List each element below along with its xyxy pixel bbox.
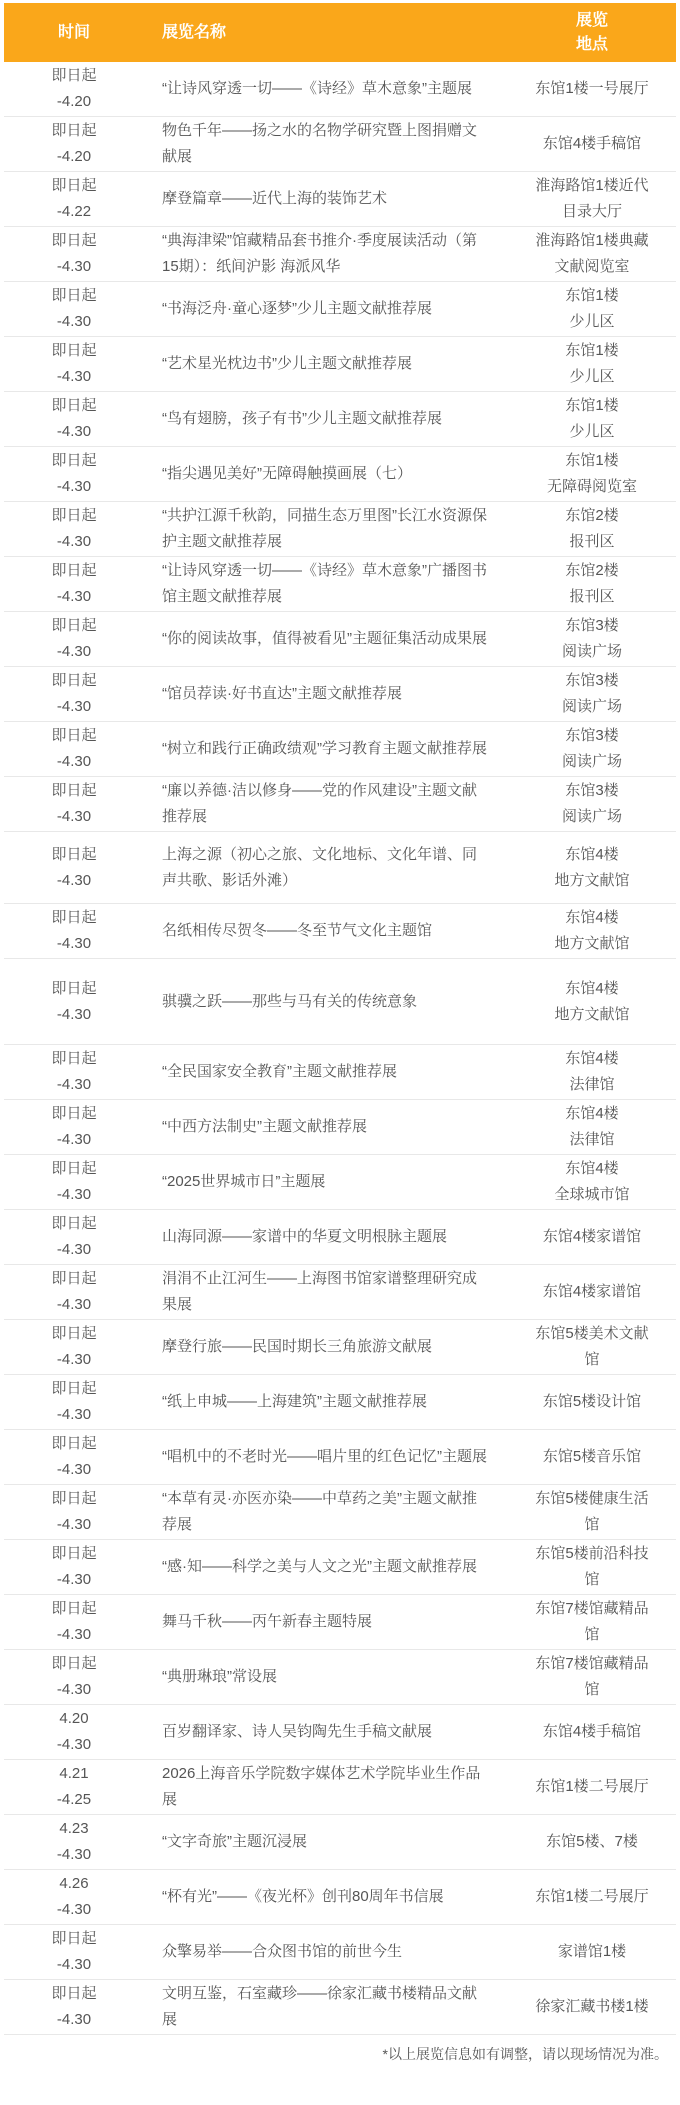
- row-exhibition-title: 涓涓不止江河生——上海图书馆家谱整理研究成果展: [144, 1266, 494, 1318]
- row-exhibition-location: 东馆1楼少儿区: [494, 283, 676, 335]
- row-exhibition-location: 东馆4楼家谱馆: [494, 1224, 676, 1250]
- row-time: 即日起-4.30: [4, 283, 144, 335]
- table-row: 即日起-4.30 “树立和践行正确政绩观”学习教育主题文献推荐展 东馆3楼阅读广…: [4, 722, 676, 777]
- row-exhibition-title: 2026上海音乐学院数字媒体艺术学院毕业生作品展: [144, 1761, 494, 1813]
- table-row: 即日起-4.30 摩登行旅——民国时期长三角旅游文献展 东馆5楼美术文献馆: [4, 1320, 676, 1375]
- row-time: 即日起-4.30: [4, 558, 144, 610]
- row-time: 即日起-4.30: [4, 1541, 144, 1593]
- table-header: 时间 展览名称 展览地点: [4, 3, 676, 62]
- table-row: 即日起-4.30 “你的阅读故事，值得被看见”主题征集活动成果展 东馆3楼阅读广…: [4, 612, 676, 667]
- row-time: 即日起-4.30: [4, 1046, 144, 1098]
- row-exhibition-title: “唱机中的不老时光——唱片里的红色记忆”主题展: [144, 1444, 494, 1470]
- table-row: 即日起-4.30 “中西方法制史”主题文献推荐展 东馆4楼法律馆: [4, 1100, 676, 1155]
- exhibition-schedule-table: 时间 展览名称 展览地点 即日起-4.20 “让诗风穿透一切——《诗经》草木意象…: [0, 0, 680, 2078]
- row-exhibition-location: 东馆5楼、7楼: [494, 1829, 676, 1855]
- table-row: 即日起-4.30 “唱机中的不老时光——唱片里的红色记忆”主题展 东馆5楼音乐馆: [4, 1430, 676, 1485]
- row-exhibition-location: 东馆7楼馆藏精品馆: [494, 1596, 676, 1648]
- row-exhibition-title: “指尖遇见美好”无障碍触摸画展（七）: [144, 461, 494, 487]
- table-row: 即日起-4.30 名纸相传尽贺冬——冬至节气文化主题馆 东馆4楼地方文献馆: [4, 904, 676, 959]
- row-time: 即日起-4.30: [4, 905, 144, 957]
- row-time: 即日起-4.30: [4, 1926, 144, 1978]
- table-row: 4.23-4.30 “文字奇旅”主题沉浸展 东馆5楼、7楼: [4, 1815, 676, 1870]
- table-row: 4.21-4.25 2026上海音乐学院数字媒体艺术学院毕业生作品展 东馆1楼二…: [4, 1760, 676, 1815]
- table-row: 即日起-4.30 众擎易举——合众图书馆的前世今生 家谱馆1楼: [4, 1925, 676, 1980]
- row-time: 即日起-4.30: [4, 503, 144, 555]
- table-row: 即日起-4.30 “让诗风穿透一切——《诗经》草木意象”广播图书馆主题文献推荐展…: [4, 557, 676, 612]
- row-exhibition-location: 东馆1楼一号展厅: [494, 76, 676, 102]
- row-time: 即日起-4.30: [4, 1981, 144, 2033]
- row-exhibition-location: 东馆4楼家谱馆: [494, 1279, 676, 1305]
- row-exhibition-title: “杯有光”——《夜光杯》创刊80周年书信展: [144, 1884, 494, 1910]
- row-exhibition-location: 徐家汇藏书楼1楼: [494, 1994, 676, 2020]
- table-row: 即日起-4.30 “感·知——科学之美与人文之光”主题文献推荐展 东馆5楼前沿科…: [4, 1540, 676, 1595]
- table-row: 即日起-4.30 涓涓不止江河生——上海图书馆家谱整理研究成果展 东馆4楼家谱馆: [4, 1265, 676, 1320]
- table-row: 即日起-4.30 “鸟有翅膀，孩子有书”少儿主题文献推荐展 东馆1楼少儿区: [4, 392, 676, 447]
- table-row: 即日起-4.30 骐骥之跃——那些与马有关的传统意象 东馆4楼地方文献馆: [4, 959, 676, 1045]
- row-exhibition-location: 东馆4楼地方文献馆: [494, 976, 676, 1028]
- row-exhibition-title: “馆员荐读·好书直达”主题文献推荐展: [144, 681, 494, 707]
- row-time: 即日起-4.30: [4, 1101, 144, 1153]
- row-time: 即日起-4.20: [4, 63, 144, 115]
- row-time: 即日起-4.30: [4, 1596, 144, 1648]
- row-time: 即日起-4.30: [4, 1376, 144, 1428]
- row-exhibition-location: 东馆1楼二号展厅: [494, 1774, 676, 1800]
- row-time: 即日起-4.30: [4, 842, 144, 894]
- row-exhibition-location: 东馆5楼美术文献馆: [494, 1321, 676, 1373]
- footnote: *以上展览信息如有调整，请以现场情况为准。: [4, 2035, 676, 2078]
- row-exhibition-title: 摩登篇章——近代上海的装饰艺术: [144, 186, 494, 212]
- row-exhibition-location: 东馆4楼地方文献馆: [494, 842, 676, 894]
- row-exhibition-location: 东馆7楼馆藏精品馆: [494, 1651, 676, 1703]
- row-time: 即日起-4.30: [4, 1651, 144, 1703]
- row-time: 即日起-4.30: [4, 393, 144, 445]
- row-exhibition-location: 东馆5楼音乐馆: [494, 1444, 676, 1470]
- row-time: 即日起-4.30: [4, 1321, 144, 1373]
- row-exhibition-title: 物色千年——扬之水的名物学研究暨上图捐赠文献展: [144, 118, 494, 170]
- row-exhibition-location: 东馆1楼少儿区: [494, 338, 676, 390]
- row-exhibition-title: 摩登行旅——民国时期长三角旅游文献展: [144, 1334, 494, 1360]
- row-exhibition-title: “全民国家安全教育”主题文献推荐展: [144, 1059, 494, 1085]
- row-exhibition-location: 东馆4楼全球城市馆: [494, 1156, 676, 1208]
- row-time: 即日起-4.30: [4, 448, 144, 500]
- table-row: 即日起-4.30 “典海津梁”馆藏精品套书推介·季度展读活动（第15期）：纸间沪…: [4, 227, 676, 282]
- row-time: 即日起-4.30: [4, 668, 144, 720]
- table-row: 4.20-4.30 百岁翻译家、诗人吴钧陶先生手稿文献展 东馆4楼手稿馆: [4, 1705, 676, 1760]
- row-exhibition-title: “文字奇旅”主题沉浸展: [144, 1829, 494, 1855]
- row-exhibition-title: “书海泛舟·童心逐梦”少儿主题文献推荐展: [144, 296, 494, 322]
- table-row: 即日起-4.30 “纸上申城——上海建筑”主题文献推荐展 东馆5楼设计馆: [4, 1375, 676, 1430]
- header-time: 时间: [4, 21, 144, 45]
- row-exhibition-location: 东馆4楼法律馆: [494, 1046, 676, 1098]
- table-row: 即日起-4.30 “艺术星光枕边书”少儿主题文献推荐展 东馆1楼少儿区: [4, 337, 676, 392]
- table-row: 即日起-4.30 舞马千秋——丙午新春主题特展 东馆7楼馆藏精品馆: [4, 1595, 676, 1650]
- row-time: 即日起-4.30: [4, 1486, 144, 1538]
- row-time: 即日起-4.20: [4, 118, 144, 170]
- row-exhibition-title: 文明互鉴，石室藏珍——徐家汇藏书楼精品文献展: [144, 1981, 494, 2033]
- table-row: 即日起-4.30 “全民国家安全教育”主题文献推荐展 东馆4楼法律馆: [4, 1045, 676, 1100]
- row-exhibition-location: 东馆1楼二号展厅: [494, 1884, 676, 1910]
- table-row: 即日起-4.20 “让诗风穿透一切——《诗经》草木意象”主题展 东馆1楼一号展厅: [4, 62, 676, 117]
- table-row: 4.26-4.30 “杯有光”——《夜光杯》创刊80周年书信展 东馆1楼二号展厅: [4, 1870, 676, 1925]
- row-exhibition-title: 上海之源（初心之旅、文化地标、文化年谱、同声共歌、影话外滩）: [144, 842, 494, 894]
- row-exhibition-title: “典海津梁”馆藏精品套书推介·季度展读活动（第15期）：纸间沪影 海派风华: [144, 228, 494, 280]
- row-exhibition-location: 东馆4楼手稿馆: [494, 131, 676, 157]
- table-row: 即日起-4.30 “2025世界城市日”主题展 东馆4楼全球城市馆: [4, 1155, 676, 1210]
- row-time: 4.26-4.30: [4, 1871, 144, 1923]
- row-time: 即日起-4.30: [4, 778, 144, 830]
- row-exhibition-title: “鸟有翅膀，孩子有书”少儿主题文献推荐展: [144, 406, 494, 432]
- table-row: 即日起-4.30 “本草有灵·亦医亦染——中草药之美”主题文献推荐展 东馆5楼健…: [4, 1485, 676, 1540]
- row-exhibition-title: “本草有灵·亦医亦染——中草药之美”主题文献推荐展: [144, 1486, 494, 1538]
- header-exhibition-name: 展览名称: [144, 21, 494, 45]
- row-time: 即日起-4.30: [4, 1266, 144, 1318]
- table-row: 即日起-4.30 “指尖遇见美好”无障碍触摸画展（七） 东馆1楼无障碍阅览室: [4, 447, 676, 502]
- row-exhibition-title: 名纸相传尽贺冬——冬至节气文化主题馆: [144, 918, 494, 944]
- row-exhibition-location: 东馆4楼手稿馆: [494, 1719, 676, 1745]
- row-time: 4.21-4.25: [4, 1761, 144, 1813]
- row-exhibition-title: “你的阅读故事，值得被看见”主题征集活动成果展: [144, 626, 494, 652]
- row-exhibition-location: 东馆3楼阅读广场: [494, 668, 676, 720]
- row-exhibition-title: “纸上申城——上海建筑”主题文献推荐展: [144, 1389, 494, 1415]
- table-row: 即日起-4.30 文明互鉴，石室藏珍——徐家汇藏书楼精品文献展 徐家汇藏书楼1楼: [4, 1980, 676, 2035]
- row-exhibition-location: 东馆2楼报刊区: [494, 558, 676, 610]
- row-time: 即日起-4.30: [4, 976, 144, 1028]
- row-exhibition-title: “共护江源千秋韵，同描生态万里图”长江水资源保护主题文献推荐展: [144, 503, 494, 555]
- row-exhibition-title: “廉以养德·洁以修身——党的作风建设”主题文献推荐展: [144, 778, 494, 830]
- table-row: 即日起-4.30 上海之源（初心之旅、文化地标、文化年谱、同声共歌、影话外滩） …: [4, 832, 676, 904]
- row-exhibition-location: 淮海路馆1楼近代目录大厅: [494, 173, 676, 225]
- row-exhibition-location: 东馆5楼健康生活馆: [494, 1486, 676, 1538]
- row-exhibition-location: 东馆5楼设计馆: [494, 1389, 676, 1415]
- row-time: 4.23-4.30: [4, 1816, 144, 1868]
- row-time: 4.20-4.30: [4, 1706, 144, 1758]
- row-exhibition-title: “中西方法制史”主题文献推荐展: [144, 1114, 494, 1140]
- table-body: 即日起-4.20 “让诗风穿透一切——《诗经》草木意象”主题展 东馆1楼一号展厅…: [4, 62, 676, 2035]
- row-exhibition-title: “2025世界城市日”主题展: [144, 1169, 494, 1195]
- row-time: 即日起-4.30: [4, 1156, 144, 1208]
- table-row: 即日起-4.30 “典册琳琅”常设展 东馆7楼馆藏精品馆: [4, 1650, 676, 1705]
- row-exhibition-location: 东馆3楼阅读广场: [494, 778, 676, 830]
- row-time: 即日起-4.30: [4, 228, 144, 280]
- header-exhibition-location: 展览地点: [494, 9, 676, 57]
- row-exhibition-location: 淮海路馆1楼典藏文献阅览室: [494, 228, 676, 280]
- row-exhibition-title: 山海同源——家谱中的华夏文明根脉主题展: [144, 1224, 494, 1250]
- row-exhibition-title: “感·知——科学之美与人文之光”主题文献推荐展: [144, 1554, 494, 1580]
- row-time: 即日起-4.22: [4, 173, 144, 225]
- row-time: 即日起-4.30: [4, 1211, 144, 1263]
- table-row: 即日起-4.30 “廉以养德·洁以修身——党的作风建设”主题文献推荐展 东馆3楼…: [4, 777, 676, 832]
- row-exhibition-title: 舞马千秋——丙午新春主题特展: [144, 1609, 494, 1635]
- row-exhibition-location: 东馆4楼地方文献馆: [494, 905, 676, 957]
- row-time: 即日起-4.30: [4, 338, 144, 390]
- row-exhibition-location: 东馆4楼法律馆: [494, 1101, 676, 1153]
- row-exhibition-location: 东馆1楼无障碍阅览室: [494, 448, 676, 500]
- row-exhibition-location: 东馆5楼前沿科技馆: [494, 1541, 676, 1593]
- row-exhibition-title: 骐骥之跃——那些与马有关的传统意象: [144, 989, 494, 1015]
- table-row: 即日起-4.30 “书海泛舟·童心逐梦”少儿主题文献推荐展 东馆1楼少儿区: [4, 282, 676, 337]
- row-time: 即日起-4.30: [4, 613, 144, 665]
- row-exhibition-title: “树立和践行正确政绩观”学习教育主题文献推荐展: [144, 736, 494, 762]
- row-exhibition-location: 家谱馆1楼: [494, 1939, 676, 1965]
- table-row: 即日起-4.20 物色千年——扬之水的名物学研究暨上图捐赠文献展 东馆4楼手稿馆: [4, 117, 676, 172]
- row-exhibition-location: 东馆3楼阅读广场: [494, 723, 676, 775]
- table-row: 即日起-4.30 山海同源——家谱中的华夏文明根脉主题展 东馆4楼家谱馆: [4, 1210, 676, 1265]
- row-exhibition-title: “典册琳琅”常设展: [144, 1664, 494, 1690]
- row-time: 即日起-4.30: [4, 1431, 144, 1483]
- row-exhibition-location: 东馆1楼少儿区: [494, 393, 676, 445]
- row-time: 即日起-4.30: [4, 723, 144, 775]
- row-exhibition-title: 众擎易举——合众图书馆的前世今生: [144, 1939, 494, 1965]
- table-row: 即日起-4.22 摩登篇章——近代上海的装饰艺术 淮海路馆1楼近代目录大厅: [4, 172, 676, 227]
- row-exhibition-title: “艺术星光枕边书”少儿主题文献推荐展: [144, 351, 494, 377]
- table-row: 即日起-4.30 “馆员荐读·好书直达”主题文献推荐展 东馆3楼阅读广场: [4, 667, 676, 722]
- table-row: 即日起-4.30 “共护江源千秋韵，同描生态万里图”长江水资源保护主题文献推荐展…: [4, 502, 676, 557]
- row-exhibition-title: “让诗风穿透一切——《诗经》草木意象”主题展: [144, 76, 494, 102]
- row-exhibition-location: 东馆2楼报刊区: [494, 503, 676, 555]
- row-exhibition-title: 百岁翻译家、诗人吴钧陶先生手稿文献展: [144, 1719, 494, 1745]
- row-exhibition-location: 东馆3楼阅读广场: [494, 613, 676, 665]
- row-exhibition-title: “让诗风穿透一切——《诗经》草木意象”广播图书馆主题文献推荐展: [144, 558, 494, 610]
